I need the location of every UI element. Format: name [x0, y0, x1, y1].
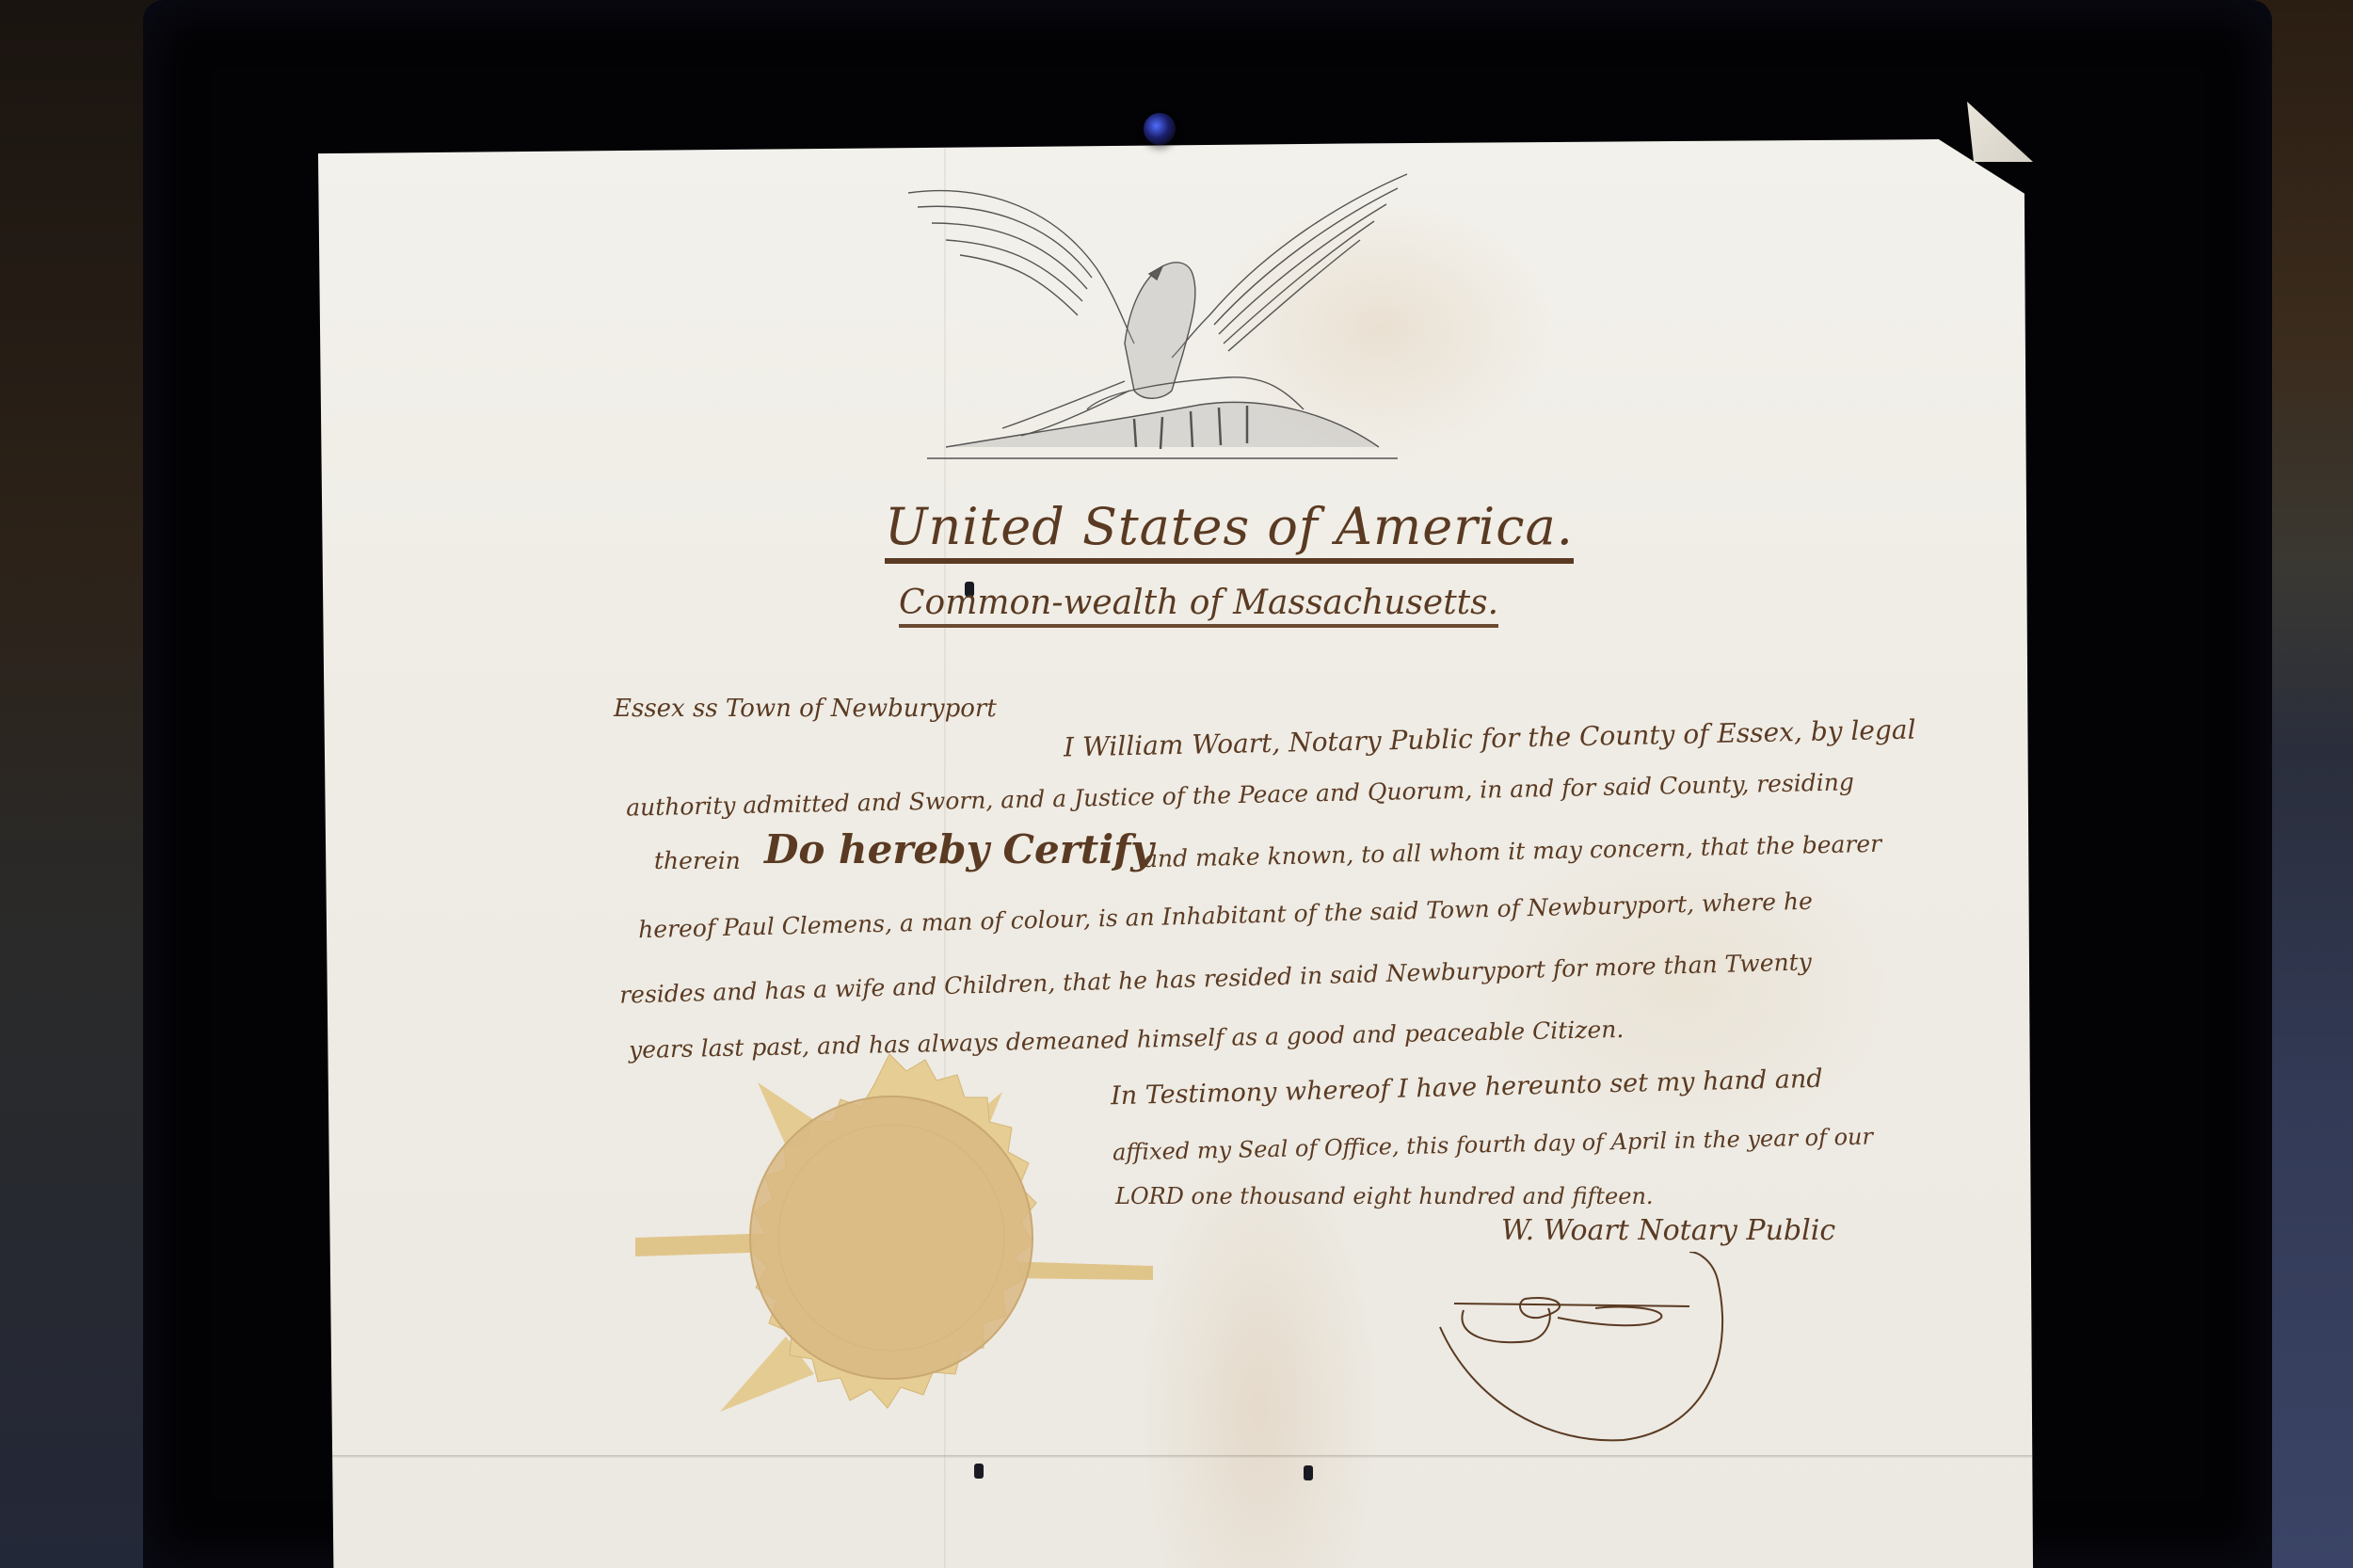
- display-pin-icon: [1144, 113, 1176, 145]
- jurisdiction-line: Essex ss Town of Newburyport: [614, 695, 997, 723]
- certify-phrase: Do hereby Certify: [764, 826, 1154, 872]
- heading-united-states: United States of America.: [885, 497, 1574, 564]
- pinhole-icon: [1304, 1465, 1313, 1480]
- heading-commonwealth: Common-wealth of Massachusetts.: [899, 584, 1498, 628]
- horizontal-fold-crease: [318, 1455, 2033, 1459]
- paper-wafer-seal-icon: [607, 1035, 1172, 1478]
- notary-signature: W. Woart Notary Public: [1501, 1214, 1835, 1247]
- body-line-3-prefix: therein: [654, 847, 741, 874]
- signature-flourish-icon: [1435, 1252, 1774, 1468]
- eagle-engraving-icon: [889, 165, 1426, 471]
- testimony-line-3: LORD one thousand eight hundred and fift…: [1115, 1183, 1654, 1209]
- background-left: [0, 0, 160, 1568]
